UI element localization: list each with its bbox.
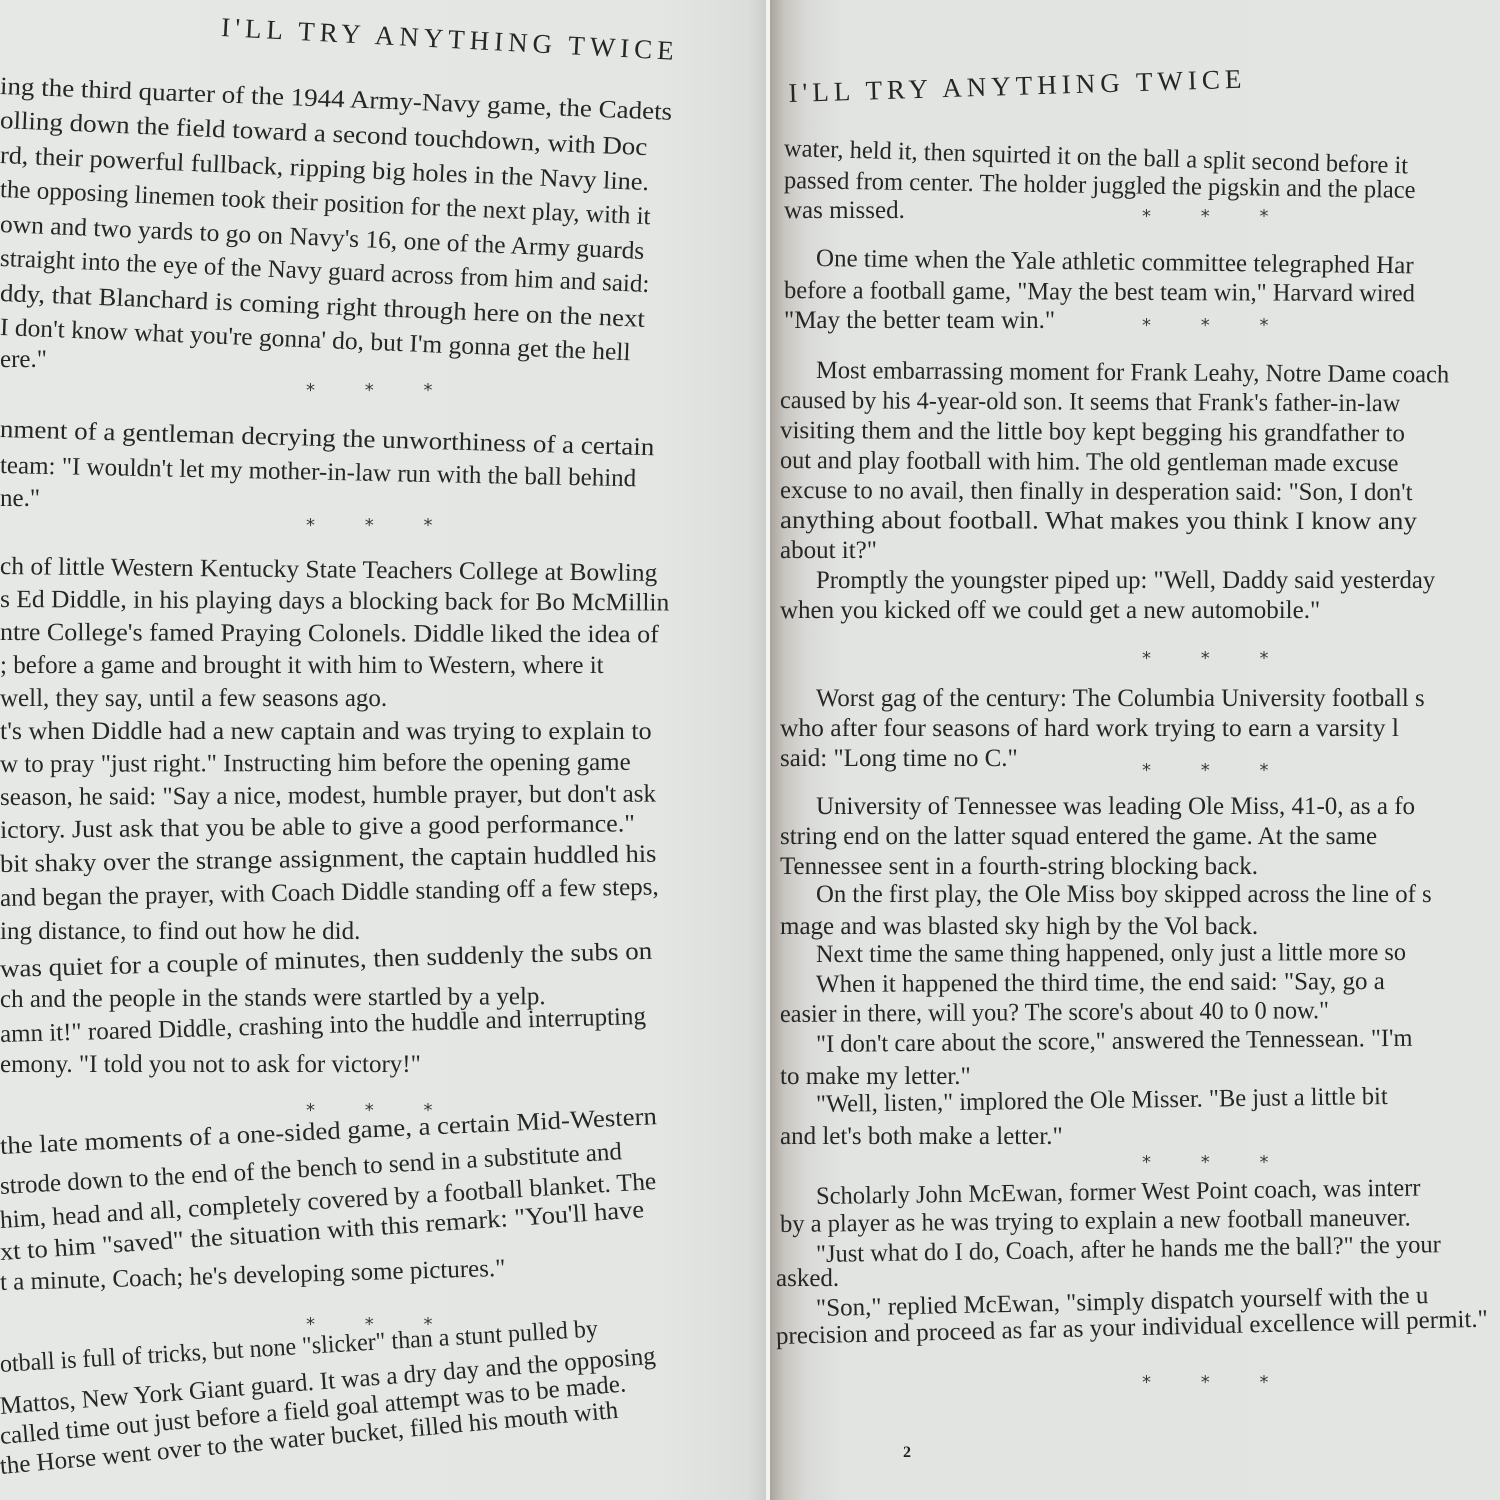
text-line: said: "Long time no C.": [780, 744, 1018, 774]
text-line: t's when Diddle had a new captain and wa…: [0, 717, 652, 747]
text-line: anything about football. What makes you …: [780, 506, 1417, 537]
text-line: ictory. Just ask that you be able to giv…: [0, 809, 635, 846]
text-line: who after four seasons of hard work tryi…: [780, 714, 1399, 744]
text-line: asked.: [776, 1264, 839, 1294]
running-head-right: I'LL TRY ANYTHING TWICE: [788, 64, 1247, 109]
text-line: ing distance, to find out how he did.: [0, 917, 360, 947]
text-line: Most embarrassing moment for Frank Leahy…: [816, 356, 1449, 390]
text-line: When it happened the third time, the end…: [816, 967, 1385, 1000]
right-page: I'LL TRY ANYTHING TWICE water, held it, …: [770, 0, 1500, 1500]
text-line: Tennessee sent in a fourth-string blocki…: [780, 852, 1258, 882]
text-line: excuse to no avail, then finally in desp…: [780, 476, 1413, 508]
text-line: string end on the latter squad entered t…: [780, 822, 1377, 852]
text-line: ere.": [0, 345, 47, 375]
text-line: Worst gag of the century: The Columbia U…: [816, 684, 1425, 714]
text-line: and began the prayer, with Coach Diddle …: [0, 873, 659, 914]
text-line: before a football game, "May the best te…: [784, 276, 1415, 309]
section-separator: * * *: [306, 380, 454, 401]
section-separator: * * *: [1142, 315, 1290, 336]
section-separator: * * *: [1142, 760, 1290, 781]
text-line: Next time the same thing happened, only …: [816, 938, 1406, 970]
text-line: mage and was blasted sky high by the Vol…: [780, 912, 1258, 942]
text-line: well, they say, until a few seasons ago.: [0, 684, 387, 714]
section-separator: * * *: [1142, 206, 1290, 227]
section-separator: * * *: [1142, 1372, 1290, 1393]
text-line: On the first play, the Ole Miss boy skip…: [816, 880, 1432, 910]
text-line: visiting them and the little boy kept be…: [780, 416, 1405, 449]
text-line: when you kicked off we could get a new a…: [780, 596, 1320, 626]
text-line: caused by his 4-year-old son. It seems t…: [780, 386, 1400, 419]
left-page: I'LL TRY ANYTHING TWICE ing the third qu…: [0, 0, 770, 1500]
text-line: ne.": [0, 484, 40, 514]
section-separator: * * *: [1142, 648, 1290, 669]
text-line: ; before a game and brought it with him …: [0, 651, 604, 681]
text-line: University of Tennessee was leading Ole …: [816, 792, 1415, 822]
text-line: Promptly the youngster piped up: "Well, …: [816, 566, 1435, 596]
text-line: season, he said: "Say a nice, modest, hu…: [0, 780, 656, 813]
section-separator: * * *: [306, 515, 454, 536]
text-line: "May the better team win.": [784, 306, 1055, 336]
text-line: w to pray "just right." Instructing him …: [0, 748, 631, 780]
text-line: ch of little Western Kentucky State Teac…: [0, 552, 657, 589]
text-line: emony. "I told you not to ask for victor…: [0, 1050, 421, 1080]
text-line: s Ed Diddle, in his playing days a block…: [0, 585, 669, 619]
section-separator: * * *: [1142, 1152, 1290, 1173]
text-line: was missed.: [784, 196, 905, 226]
text-line: out and play football with him. The old …: [780, 446, 1399, 479]
running-head-left: I'LL TRY ANYTHING TWICE: [220, 12, 679, 67]
text-line: "I don't care about the score," answered…: [816, 1024, 1413, 1060]
text-line: ntre College's famed Praying Colonels. D…: [0, 618, 659, 650]
text-line: about it?": [780, 536, 877, 566]
page-number: 2: [903, 1444, 911, 1462]
text-line: and let's both make a letter.": [780, 1122, 1063, 1152]
